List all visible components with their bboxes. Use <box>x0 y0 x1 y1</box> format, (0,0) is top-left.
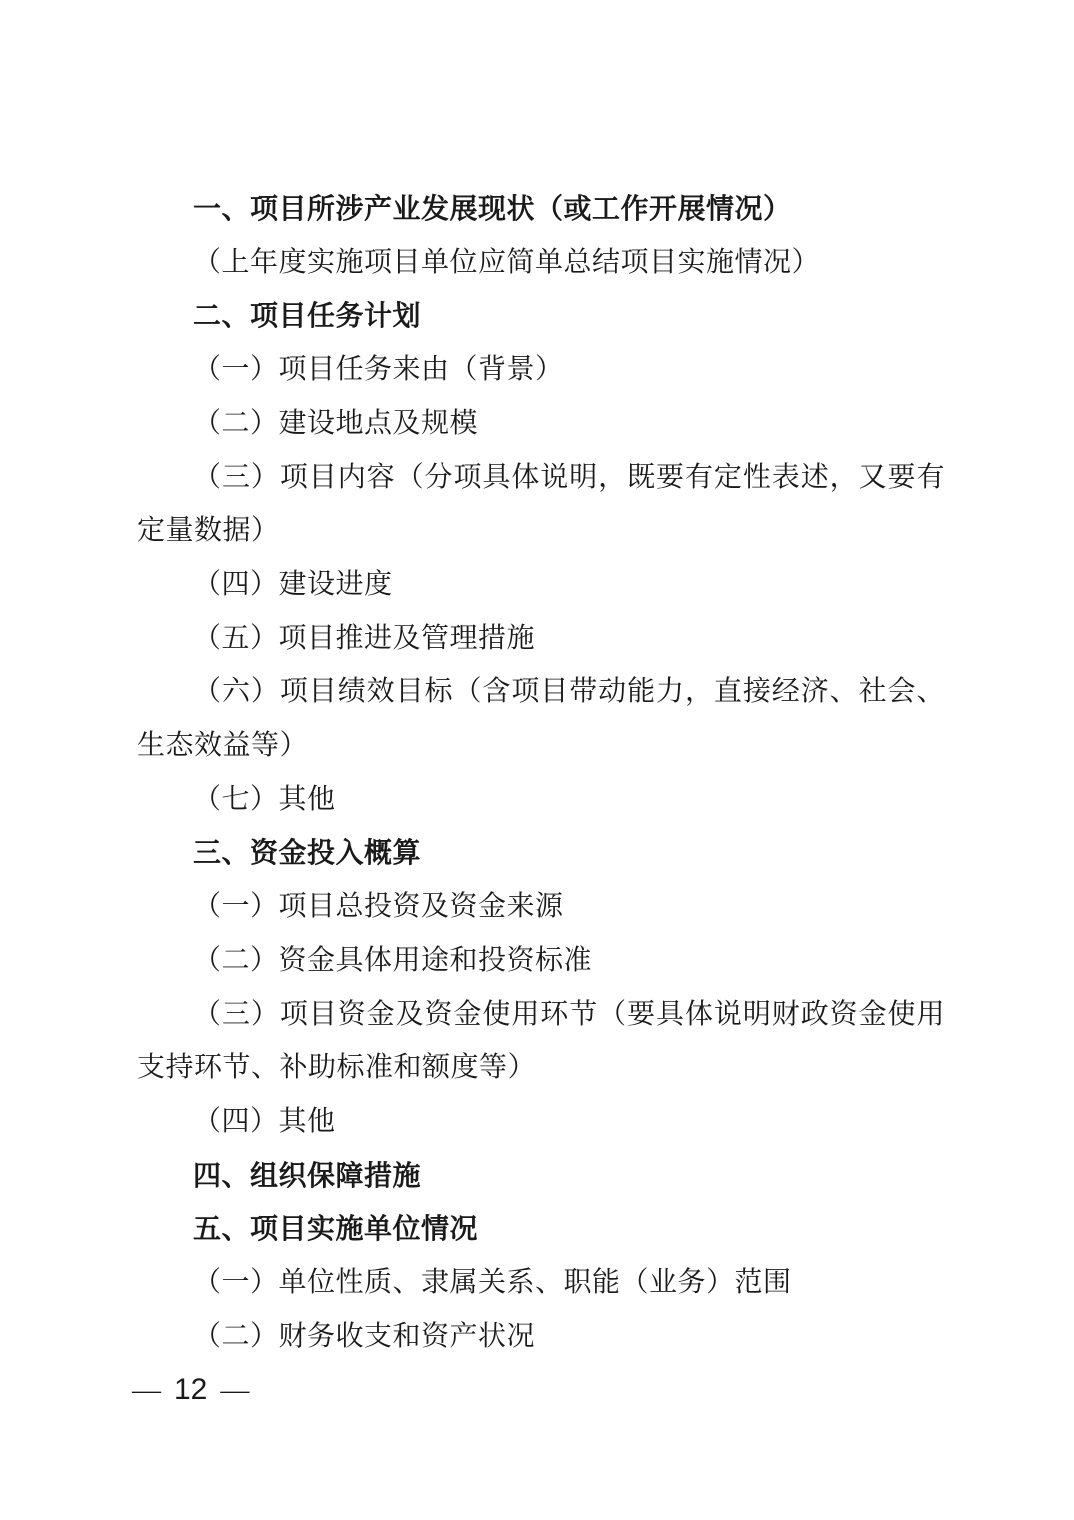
item-3-3: （三）项目资金及资金使用环节（要具体说明财政资金使用支持环节、补助标准和额度等） <box>137 988 945 1095</box>
item-3-1: （一）项目总投资及资金来源 <box>137 880 945 934</box>
page-number-right-dash: — <box>220 1376 249 1405</box>
section-heading-5: 五、项目实施单位情况 <box>137 1202 945 1256</box>
section-heading-1: 一、项目所涉产业发展现状（或工作开展情况） <box>137 182 945 236</box>
page-number: — 12 — <box>132 1368 249 1412</box>
item-5-1: （一）单位性质、隶属关系、职能（业务）范围 <box>137 1256 945 1310</box>
section-heading-3: 三、资金投入概算 <box>137 826 945 880</box>
document-body: 一、项目所涉产业发展现状（或工作开展情况） （上年度实施项目单位应简单总结项目实… <box>137 182 945 1363</box>
item-2-3: （三）项目内容（分项具体说明，既要有定性表述，又要有定量数据） <box>137 451 945 558</box>
item-2-4: （四）建设进度 <box>137 558 945 612</box>
item-5-2: （二）财务收支和资产状况 <box>137 1310 945 1364</box>
item-2-6: （六）项目绩效目标（含项目带动能力，直接经济、社会、生态效益等） <box>137 665 945 772</box>
item-2-1: （一）项目任务来由（背景） <box>137 343 945 397</box>
page-number-value: 12 <box>174 1375 207 1405</box>
section-heading-4: 四、组织保障措施 <box>137 1149 945 1203</box>
item-2-5: （五）项目推进及管理措施 <box>137 612 945 666</box>
note-paragraph: （上年度实施项目单位应简单总结项目实施情况） <box>137 236 945 290</box>
document-page: 一、项目所涉产业发展现状（或工作开展情况） （上年度实施项目单位应简单总结项目实… <box>0 0 1074 1520</box>
item-2-2: （二）建设地点及规模 <box>137 397 945 451</box>
section-heading-2: 二、项目任务计划 <box>137 289 945 343</box>
item-2-7: （七）其他 <box>137 773 945 827</box>
item-3-4: （四）其他 <box>137 1095 945 1149</box>
page-number-left-dash: — <box>132 1376 161 1405</box>
item-3-2: （二）资金具体用途和投资标准 <box>137 934 945 988</box>
